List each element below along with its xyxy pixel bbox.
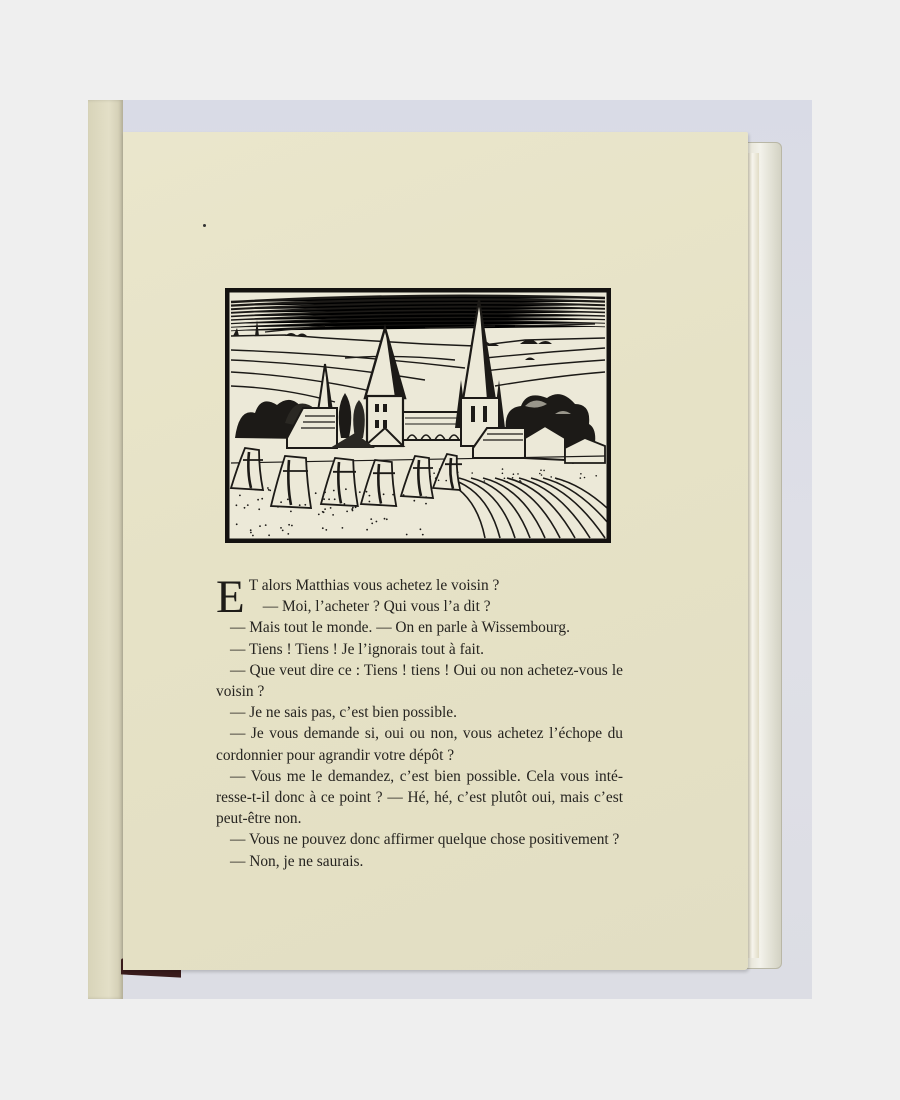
paragraph-10: — Non, je ne saurais.	[216, 851, 623, 872]
paragraph-4: — Tiens ! Tiens ! Je l’ignorais tout à f…	[216, 639, 623, 660]
paragraph-1: ET alors Matthias vous achetez le voisin…	[216, 575, 623, 617]
book-photo: ET alors Matthias vous achetez le voisin…	[88, 100, 812, 999]
paragraph-text: T alors Matthias vous achetez le voisin …	[249, 577, 500, 594]
paragraph-6: — Je ne sais pas, c’est bien possible.	[216, 702, 623, 723]
paragraph-7: — Je vous demande si, oui ou non, vous a…	[216, 723, 623, 765]
paragraph-3: — Mais tout le monde. — On en parle à Wi…	[216, 617, 623, 638]
paragraph-8: — Vous me le demandez, c’est bien possib…	[216, 766, 623, 830]
paragraph-text: — Moi, l’acheter ? Qui vous l’a dit ?	[249, 598, 491, 615]
drop-cap: E	[216, 578, 245, 616]
woodcut-illustration	[225, 288, 611, 543]
right-page: ET alors Matthias vous achetez le voisin…	[123, 132, 748, 970]
paragraph-9: — Vous ne pouvez donc affirmer quelque c…	[216, 829, 623, 850]
paragraph-5: — Que veut dire ce : Tiens ! tiens ! Oui…	[216, 660, 623, 702]
paper-speck	[203, 224, 206, 227]
left-page-edge	[88, 100, 123, 999]
village-church-woodcut-icon	[225, 288, 611, 543]
body-text: ET alors Matthias vous achetez le voisin…	[216, 575, 623, 872]
